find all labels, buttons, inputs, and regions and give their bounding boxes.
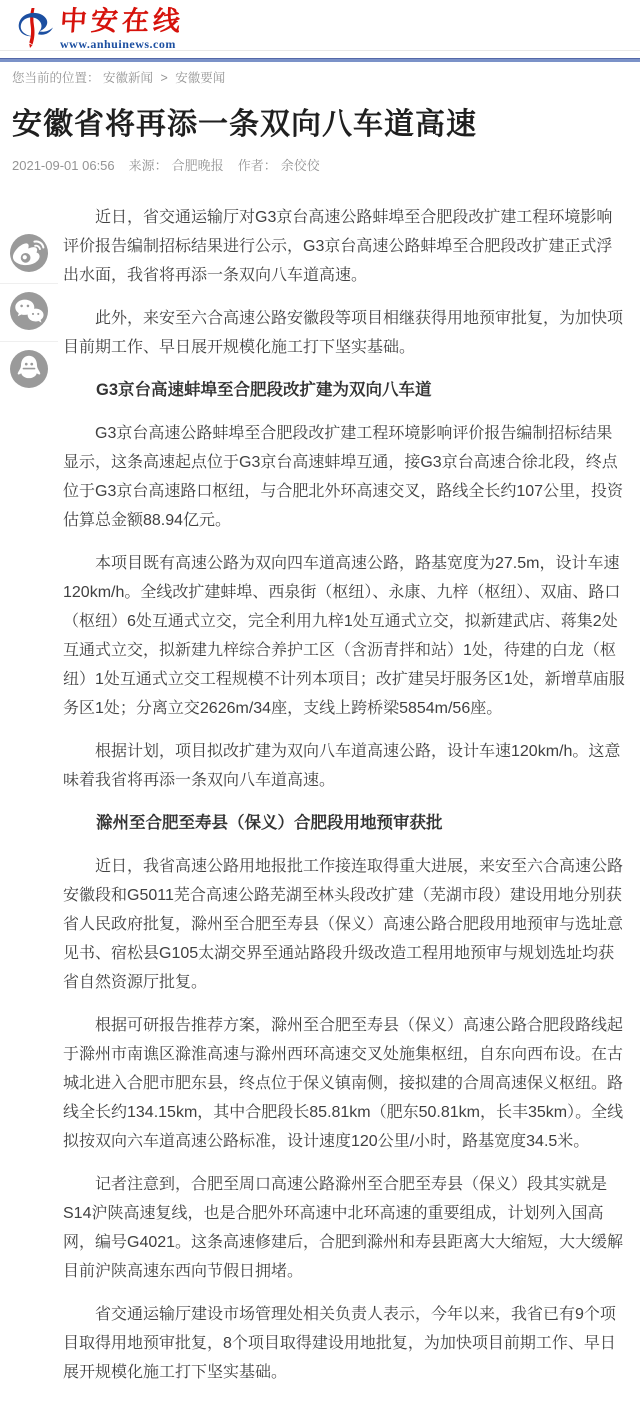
swoosh-logo-icon (12, 5, 58, 49)
breadcrumb: 您当前的位置： 安徽新闻 > 安徽要闻 (0, 71, 640, 85)
article-paragraph: 此外，来安至六合高速公路安徽段等项目相继获得用地预审批复，为加快项目前期工作、早… (63, 304, 628, 362)
breadcrumb-prefix: 您当前的位置： (12, 71, 100, 85)
breadcrumb-link-anhui-news[interactable]: 安徽新闻 (103, 71, 153, 85)
site-logo-url: www.anhuinews.com (60, 37, 184, 51)
article-paragraph: 近日，我省高速公路用地报批工作接连取得重大进展，来安至六合高速公路安徽段和G50… (63, 852, 628, 997)
breadcrumb-link-anhui-highlights[interactable]: 安徽要闻 (175, 71, 225, 85)
publish-datetime: 2021-09-01 06:56 (12, 158, 115, 173)
article-paragraph: 本项目既有高速公路为双向四车道高速公路，路基宽度为27.5m，设计车速120km… (63, 549, 628, 723)
article-paragraph: G3京台高速公路蚌埠至合肥段改扩建工程环境影响评价报告编制招标结果显示，这条高速… (63, 419, 628, 535)
share-wechat-button[interactable] (0, 284, 58, 342)
article-meta: 2021-09-01 06:56来源：合肥晚报作者：余佼佼 (12, 159, 628, 173)
article-subheading: G3京台高速蚌埠至合肥段改扩建为双向八车道 (63, 376, 628, 405)
wechat-share-icon (10, 292, 48, 330)
article-content: 近日，省交通运输厅对G3京台高速公路蚌埠至合肥段改扩建工程环境影响评价报告编制招… (63, 203, 628, 1387)
article-paragraph: 根据计划，项目拟改扩建为双向八车道高速公路，设计车速120km/h。这意味着我省… (63, 737, 628, 795)
article-body-region: 近日，省交通运输厅对G3京台高速公路蚌埠至合肥段改扩建工程环境影响评价报告编制招… (0, 203, 640, 1387)
author-label: 作者： (238, 158, 277, 173)
share-toolbar (0, 234, 58, 399)
source-label: 来源： (129, 158, 168, 173)
source-value: 合肥晚报 (172, 158, 224, 173)
site-header: 中安在线 www.anhuinews.com (0, 0, 640, 51)
site-logo[interactable]: 中安在线 www.anhuinews.com (12, 5, 184, 51)
weibo-share-icon (10, 234, 48, 272)
article-paragraph: 近日，省交通运输厅对G3京台高速公路蚌埠至合肥段改扩建工程环境影响评价报告编制招… (63, 203, 628, 290)
article-paragraph: 根据可研报告推荐方案，滁州至合肥至寿县（保义）高速公路合肥段路线起于滁州市南谯区… (63, 1011, 628, 1156)
author-value: 余佼佼 (281, 158, 320, 173)
breadcrumb-separator: > (161, 71, 168, 85)
article-paragraph: 记者注意到，合肥至周口高速公路滁州至合肥至寿县（保义）段其实就是S14沪陕高速复… (63, 1170, 628, 1286)
article-subheading: 滁州至合肥至寿县（保义）合肥段用地预审获批 (63, 809, 628, 838)
page-title: 安徽省将再添一条双向八车道高速 (12, 108, 628, 142)
share-qq-button[interactable] (0, 342, 58, 399)
site-logo-text: 中安在线 (59, 8, 185, 35)
share-weibo-button[interactable] (0, 234, 58, 284)
header-divider (0, 58, 640, 62)
qq-share-icon (10, 350, 48, 388)
article-paragraph: 省交通运输厅建设市场管理处相关负责人表示，今年以来，我省已有9个项目取得用地预审… (63, 1300, 628, 1387)
